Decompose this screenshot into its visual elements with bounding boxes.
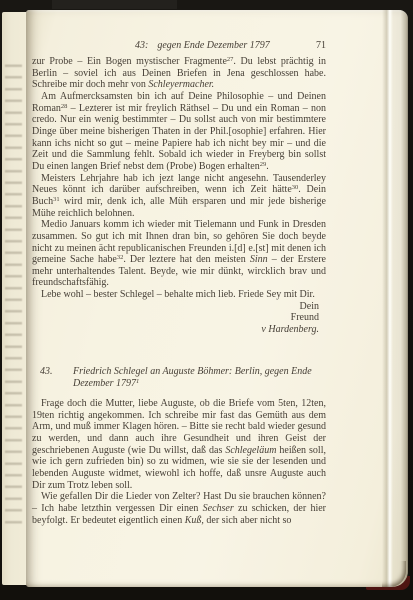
running-head-number: 43: [135,40,148,51]
paragraph: Medio Januars komm ich wieder mit Tielem… [32,219,326,289]
page-number: 71 [316,40,326,52]
signature-line: Freund [32,312,326,324]
paragraph: Meisters Lehrjahre hab ich jezt lange ni… [32,173,326,220]
letter-43-text: Frage doch die Mutter, liebe Auguste, ob… [32,398,326,526]
letter-43-heading: 43. Friedrich Schlegel an Auguste Böhmer… [40,366,326,390]
facing-page-edge [2,12,28,585]
book-page: 43:gegen Ende Dezember 1797 71 zur Probe… [26,10,408,587]
running-head: 43:gegen Ende Dezember 1797 71 [32,40,326,52]
paragraph: Frage doch die Mutter, liebe Auguste, ob… [32,398,326,491]
paragraph: Am Aufmercksamsten bin ich auf Deine Phi… [32,91,326,173]
page-corner-curl [382,561,406,587]
running-head-date: gegen Ende Dezember 1797 [157,40,269,51]
facing-page-ghost-text [5,60,22,530]
page-stack-edge [382,10,408,587]
book-scan: 43:gegen Ende Dezember 1797 71 zur Probe… [0,0,413,600]
signature-line: Dein [32,301,326,313]
running-head-title: 43:gegen Ende Dezember 1797 [135,40,270,52]
letter-heading-text: Friedrich Schlegel an Auguste Böhmer: Be… [73,366,326,390]
scanner-shadow [52,0,177,9]
paragraph: Wie gefallen Dir die Lieder von Zelter? … [32,491,326,526]
letter-number: 43. [40,366,73,390]
signature-name: v Hardenberg. [32,324,326,336]
paragraph: zur Probe – Ein Bogen mystischer Fragmen… [32,56,326,91]
letter-42-text: zur Probe – Ein Bogen mystischer Fragmen… [32,56,326,336]
paragraph: Lebe wohl – bester Schlegel – behalte mi… [32,289,326,301]
